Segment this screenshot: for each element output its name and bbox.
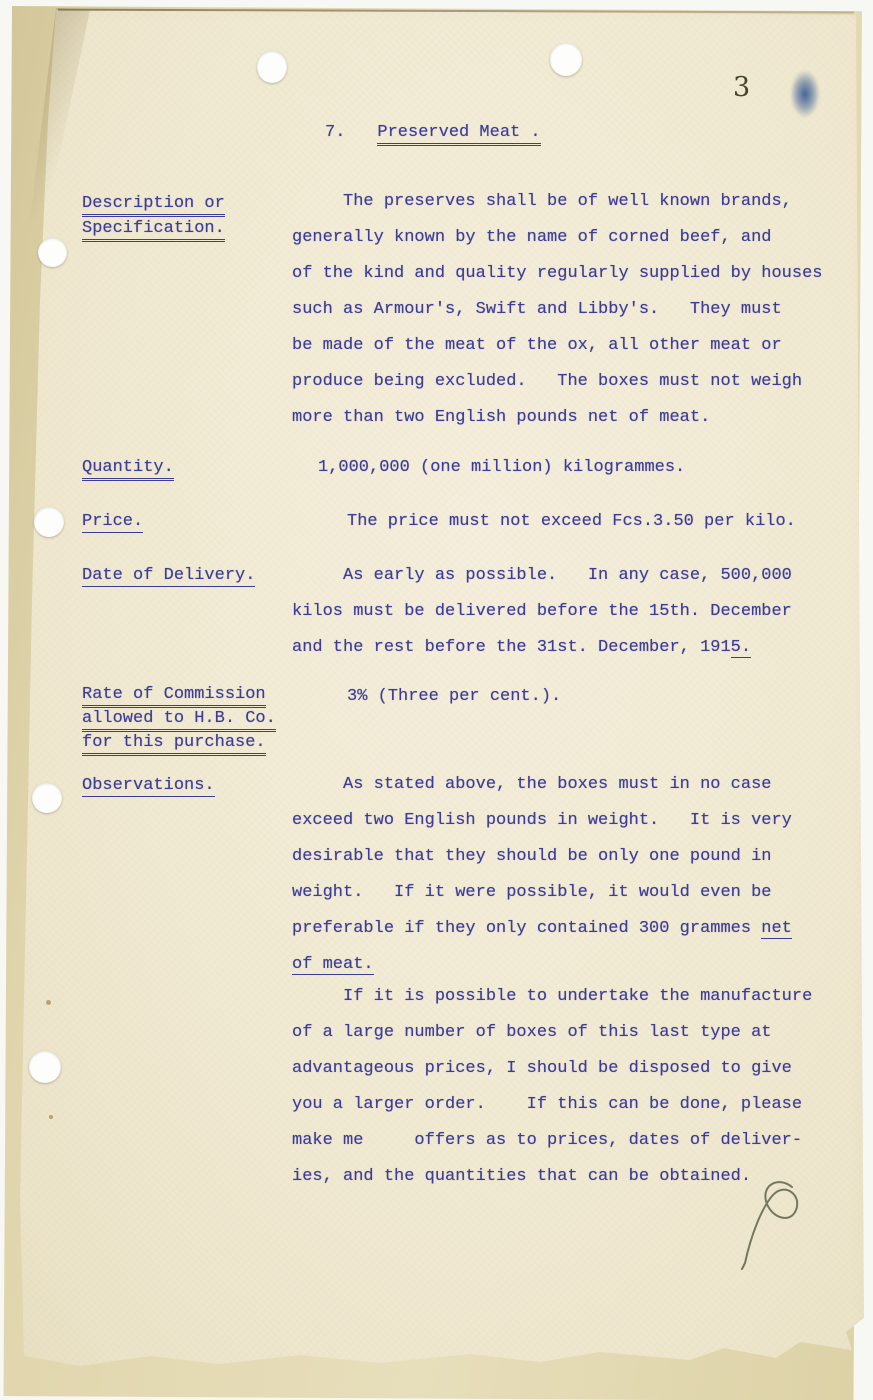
label-observations: Observations.: [82, 768, 215, 804]
page-number: 3: [733, 72, 750, 103]
document-line: 1,000,000 (one million) kilogrammes.: [318, 450, 685, 486]
quantity-value: 1,000,000 (one million) kilogrammes.: [318, 450, 685, 486]
underlined-text: net: [761, 919, 792, 939]
document-line-part: and the rest before the 31st. December, …: [292, 638, 731, 657]
document-line: If it is possible to undertake the manuf…: [292, 979, 812, 1015]
document-line: make me offers as to prices, dates of de…: [292, 1123, 812, 1159]
document-line: advantageous prices, I should be dispose…: [292, 1051, 812, 1087]
label-line: Observations.: [82, 776, 215, 797]
label-rate-of-commission: Rate of Commission allowed to H.B. Co. f…: [82, 684, 276, 756]
document-line: kilos must be delivered before the 15th.…: [292, 594, 792, 630]
document-line: The preserves shall be of well known bra…: [292, 184, 823, 220]
document-line: more than two English pounds net of meat…: [292, 400, 823, 436]
underlined-text: 5.: [731, 638, 751, 658]
title-text: Preserved Meat .: [377, 123, 540, 146]
punch-hole: [29, 1051, 61, 1083]
observations-paragraph-2: If it is possible to undertake the manuf…: [292, 979, 812, 1195]
document-line: you a larger order. If this can be done,…: [292, 1087, 812, 1123]
label-line: Specification.: [82, 219, 225, 242]
document-line: 3% (Three per cent.).: [347, 679, 561, 715]
label-quantity: Quantity.: [82, 450, 174, 486]
pencil-squiggle: [718, 1173, 828, 1283]
delivery-paragraph: As early as possible. In any case, 500,0…: [292, 558, 792, 666]
label-date-of-delivery: Date of Delivery.: [82, 558, 255, 594]
document-line: of a large number of boxes of this last …: [292, 1015, 812, 1051]
punch-hole: [34, 507, 64, 537]
punch-hole: [257, 51, 287, 83]
label-price: Price.: [82, 504, 143, 540]
underlined-text: of meat.: [292, 955, 374, 975]
punch-hole: [550, 43, 582, 76]
document-line: be made of the meat of the ox, all other…: [292, 328, 823, 364]
paper-stain: [46, 1000, 51, 1005]
document-line: As stated above, the boxes must in no ca…: [292, 767, 792, 803]
paper-stain: [49, 1115, 53, 1119]
document-title: 7.Preserved Meat .: [325, 115, 541, 151]
label-line: allowed to H.B. Co.: [82, 709, 276, 732]
document-line: weight. If it were possible, it would ev…: [292, 875, 792, 911]
scanned-document-page: 3 7.Preserved Meat . Description or Spec…: [0, 0, 873, 1400]
document-line: As early as possible. In any case, 500,0…: [292, 558, 792, 594]
label-line: Quantity.: [82, 458, 174, 481]
label-line: Price.: [82, 512, 143, 533]
label-description-specification: Description or Specification.: [82, 192, 225, 242]
document-line: desirable that they should be only one p…: [292, 839, 792, 875]
label-line: Date of Delivery.: [82, 566, 255, 587]
label-line: Rate of Commission: [82, 685, 266, 708]
commission-value: 3% (Three per cent.).: [347, 679, 561, 715]
document-line: such as Armour's, Swift and Libby's. The…: [292, 292, 823, 328]
document-line: The price must not exceed Fcs.3.50 per k…: [347, 504, 796, 540]
title-number: 7.: [325, 123, 345, 142]
price-value: The price must not exceed Fcs.3.50 per k…: [347, 504, 796, 540]
label-line: for this purchase.: [82, 733, 266, 756]
punch-hole: [38, 238, 67, 267]
document-line: generally known by the name of corned be…: [292, 220, 823, 256]
description-paragraph: The preserves shall be of well known bra…: [292, 184, 823, 436]
document-line-part: preferable if they only contained 300 gr…: [292, 919, 761, 938]
document-line: produce being excluded. The boxes must n…: [292, 364, 823, 400]
label-line: Description or: [82, 194, 225, 217]
observations-paragraph-1: As stated above, the boxes must in no ca…: [292, 767, 792, 983]
document-line: exceed two English pounds in weight. It …: [292, 803, 792, 839]
punch-hole: [32, 783, 62, 813]
document-line: of the kind and quality regularly suppli…: [292, 256, 823, 292]
document-line: preferable if they only contained 300 gr…: [292, 911, 792, 947]
document-line: of meat.: [292, 947, 792, 983]
document-line: and the rest before the 31st. December, …: [292, 630, 792, 666]
